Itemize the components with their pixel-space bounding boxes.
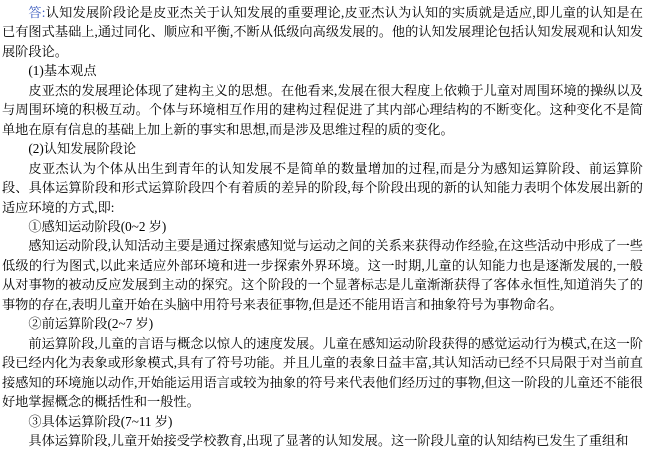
answer-paragraph: 答:认知发展阶段论是皮亚杰关于认知发展的重要理论,皮亚杰认为认知的实质就是适应,… (2, 3, 643, 61)
document-page: 答:认知发展阶段论是皮亚杰关于认知发展的重要理论,皮亚杰认为认知的实质就是适应,… (0, 0, 646, 449)
answer-label: 答: (28, 5, 45, 20)
heading-stage-theory: (2)认知发展阶段论 (2, 139, 643, 158)
heading-concrete-operational-stage: ③具体运算阶段(7~11 岁) (2, 412, 643, 431)
document-body: 答:认知发展阶段论是皮亚杰关于认知发展的重要理论,皮亚杰认为认知的实质就是适应,… (2, 3, 643, 449)
heading-basic-viewpoint: (1)基本观点 (2, 61, 643, 80)
paragraph-sensorimotor-stage: 感知运动阶段,认知活动主要是通过探索感知觉与运动之间的关系来获得动作经验,在这些… (2, 236, 643, 314)
paragraph-preoperational-stage: 前运算阶段,儿童的言语与概念以惊人的速度发展。儿童在感知运动阶段获得的感觉运动行… (2, 334, 643, 412)
heading-preoperational-stage: ②前运算阶段(2~7 岁) (2, 314, 643, 333)
paragraph-stage-overview: 皮亚杰认为个体从出生到青年的认知发展不是简单的数量增加的过程,而是分为感知运算阶… (2, 159, 643, 217)
paragraph-basic-viewpoint: 皮亚杰的发展理论体现了建构主义的思想。在他看来,发展在很大程度上依赖于儿童对周围… (2, 81, 643, 139)
paragraph-concrete-operational-stage: 具体运算阶段,儿童开始接受学校教育,出现了显著的认知发展。这一阶段儿童的认知结构… (2, 431, 643, 449)
heading-sensorimotor-stage: ①感知运动阶段(0~2 岁) (2, 217, 643, 236)
